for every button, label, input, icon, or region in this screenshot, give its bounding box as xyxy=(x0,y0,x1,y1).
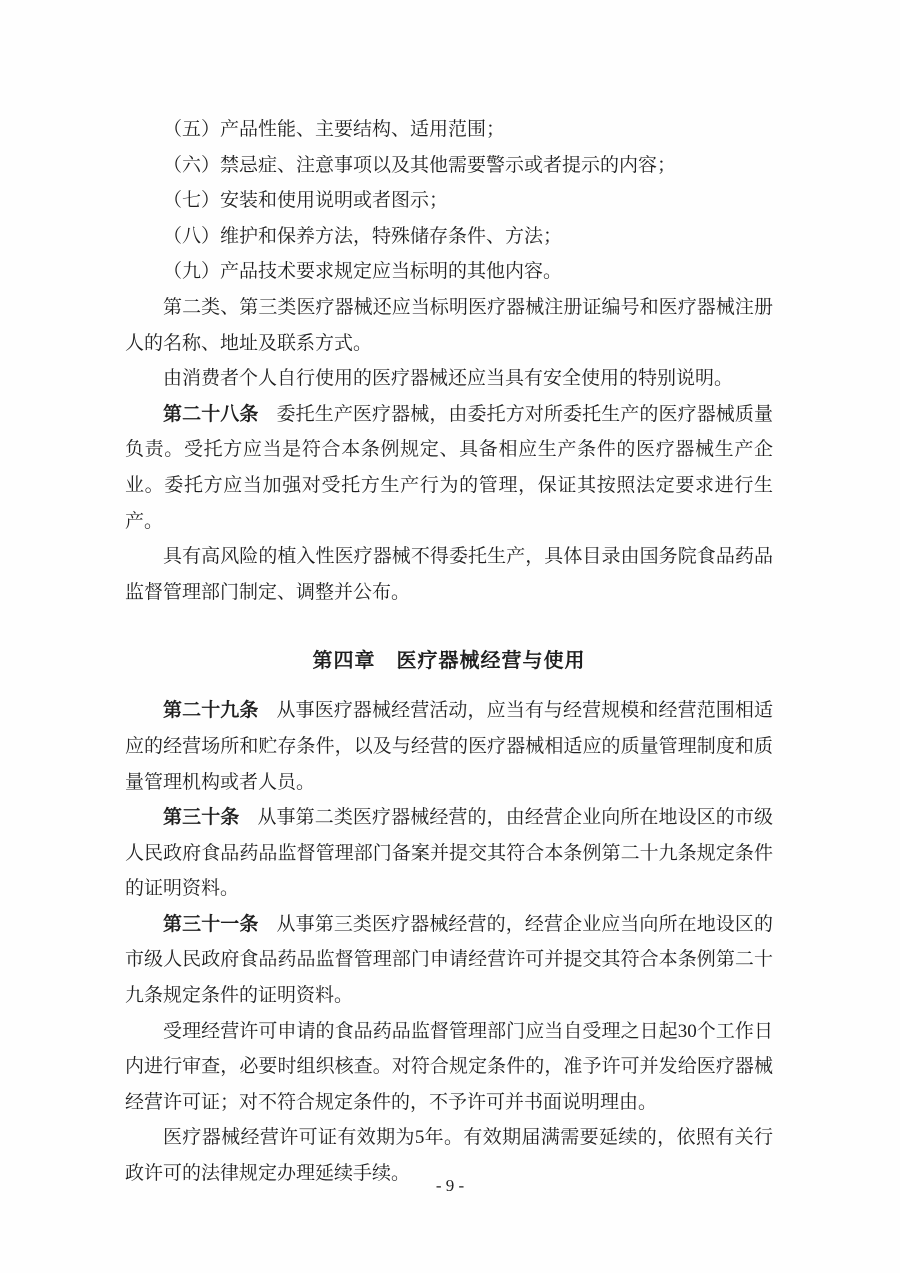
list-item: （五）产品性能、主要结构、适用范围； xyxy=(125,112,773,148)
paragraph-text: 第二类、第三类医疗器械还应当标明医疗器械注册证编号和医疗器械注册人的名称、地址及… xyxy=(125,297,773,354)
paragraph: 第二十八条委托生产医疗器械，由委托方对所委托生产的医疗器械质量负责。受托方应当是… xyxy=(125,397,773,539)
paragraph: 第二类、第三类医疗器械还应当标明医疗器械注册证编号和医疗器械注册人的名称、地址及… xyxy=(125,290,773,361)
article-number: 第二十九条 xyxy=(163,700,259,721)
list-item: （八）维护和保养方法，特殊储存条件、方法； xyxy=(125,219,773,255)
chapter-heading: 第四章 医疗器械经营与使用 xyxy=(125,646,773,676)
paragraph: 第二十九条从事医疗器械经营活动，应当有与经营规模和经营范围相适应的经营场所和贮存… xyxy=(125,693,773,800)
document-content: （五）产品性能、主要结构、适用范围； （六）禁忌症、注意事项以及其他需要警示或者… xyxy=(125,112,773,1192)
article-number: 第二十八条 xyxy=(163,404,259,425)
article-number: 第三十条 xyxy=(163,807,239,828)
list-item: （六）禁忌症、注意事项以及其他需要警示或者提示的内容； xyxy=(125,148,773,184)
list-item: （七）安装和使用说明或者图示； xyxy=(125,183,773,219)
paragraph: 具有高风险的植入性医疗器械不得委托生产，具体目录由国务院食品药品监督管理部门制定… xyxy=(125,539,773,610)
paragraph: 由消费者个人自行使用的医疗器械还应当具有安全使用的特别说明。 xyxy=(125,361,773,397)
document-page: （五）产品性能、主要结构、适用范围； （六）禁忌症、注意事项以及其他需要警示或者… xyxy=(0,0,900,1273)
paragraph: 受理经营许可申请的食品药品监督管理部门应当自受理之日起30个工作日内进行审查，必… xyxy=(125,1014,773,1121)
paragraph-text: 具有高风险的植入性医疗器械不得委托生产，具体目录由国务院食品药品监督管理部门制定… xyxy=(125,546,773,603)
paragraph-text: 受理经营许可申请的食品药品监督管理部门应当自受理之日起30个工作日内进行审查，必… xyxy=(125,1021,773,1113)
paragraph-text: 由消费者个人自行使用的医疗器械还应当具有安全使用的特别说明。 xyxy=(163,368,733,389)
list-item: （九）产品技术要求规定应当标明的其他内容。 xyxy=(125,254,773,290)
paragraph: 第三十条从事第二类医疗器械经营的，由经营企业向所在地设区的市级人民政府食品药品监… xyxy=(125,800,773,907)
page-number: - 9 - xyxy=(0,1174,900,1198)
paragraph: 第三十一条从事第三类医疗器械经营的，经营企业应当向所在地设区的市级人民政府食品药… xyxy=(125,907,773,1014)
article-number: 第三十一条 xyxy=(163,914,259,935)
